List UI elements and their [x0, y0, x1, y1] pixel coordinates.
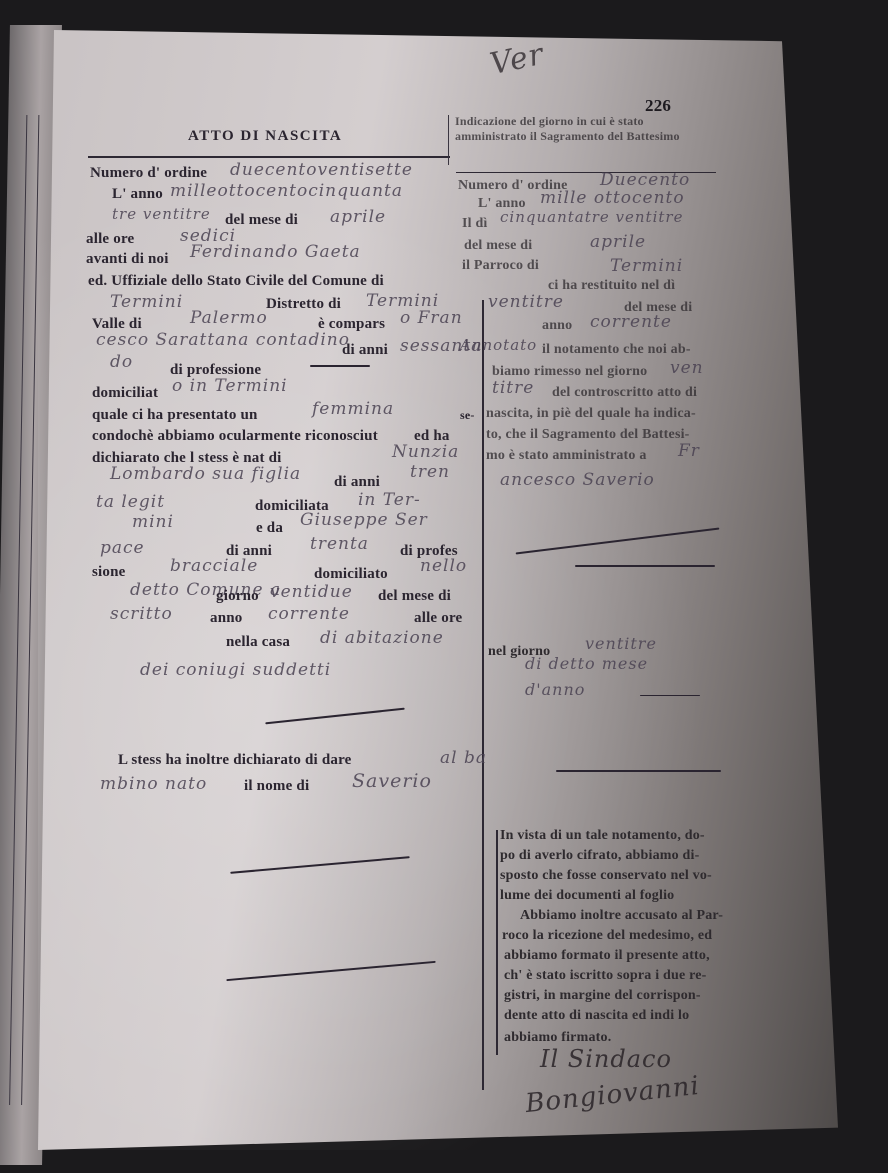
blank-stroke: [640, 695, 700, 696]
label-ufficiale-comune: ed. Uffiziale dello Stato Civile del Com…: [88, 273, 384, 290]
closing-line: roco la ricezione del medesimo, ed: [502, 928, 712, 944]
handwritten-nel-giorno-1: ventitre: [585, 634, 657, 653]
label-distretto: Distretto di: [266, 296, 341, 313]
label-notamento: il notamento che noi ab-: [542, 342, 691, 358]
label-sagramento: to, che il Sagramento del Battesi-: [486, 427, 690, 443]
label-di-anni: di anni: [342, 342, 388, 359]
closing-line: sposto che fosse conservato nel vo-: [500, 868, 712, 884]
handwritten-numero-ordine: duecentoventisette: [230, 160, 413, 180]
handwritten-domicilio-madre: in Ter-: [358, 490, 421, 510]
label-presentato: quale ci ha presentato un: [92, 407, 258, 424]
label-amministrato: mo è stato amministrato a: [486, 448, 647, 464]
label-e-da: e da: [256, 520, 283, 537]
label-nascita-piede: nascita, in piè del quale ha indica-: [486, 406, 696, 422]
handwritten-domicilio: o in Termini: [172, 376, 288, 396]
closing-line: In vista di un tale notamento, do-: [500, 828, 705, 844]
handwritten-comune: Termini: [110, 292, 183, 312]
label-alle-ore-nascita: alle ore: [414, 610, 462, 627]
title-rule: [88, 156, 450, 158]
closing-line: lume dei documenti al foglio: [500, 888, 674, 904]
closing-line: ch' è stato iscritto sopra i due re-: [504, 968, 707, 984]
handwritten-giorno-nascita: ventidue: [270, 582, 353, 602]
handwritten-madre-cognome: Lombardo sua figlia: [110, 464, 301, 484]
handwritten-casa-cont: dei coniugi suddetti: [140, 660, 331, 680]
label-restituito: ci ha restituito nel dì: [548, 278, 675, 294]
handwritten-anno-restituito: corrente: [590, 312, 672, 332]
handwritten-domicilio-padre: nello: [420, 556, 467, 576]
blank-stroke: [310, 365, 370, 367]
closing-line: abbiamo formato il presente atto,: [504, 948, 710, 964]
handwritten-nel-giorno-2: di detto mese: [525, 654, 648, 673]
handwritten-sesso: femmina: [312, 399, 394, 419]
handwritten-padre: Giuseppe Ser: [300, 510, 428, 530]
label-alle-ore: alle ore: [86, 231, 134, 248]
handwritten-domicilio-madre-cont: mini: [132, 512, 174, 532]
handwritten-madre: Nunzia: [392, 442, 459, 462]
handwritten-eta-padre: trenta: [310, 534, 369, 554]
handwritten-professione: do: [110, 352, 133, 372]
label-del-mese-di: del mese di: [378, 588, 451, 605]
closing-divider: [496, 830, 498, 1055]
handwritten-battezzato: Fr: [678, 441, 700, 461]
label-numero-ordine: Numero d' ordine: [90, 165, 207, 182]
label-avanti-di-noi: avanti di noi: [86, 251, 169, 268]
handwritten-mese: aprile: [330, 207, 386, 227]
handwritten-casa: di abitazione: [320, 628, 444, 648]
handwritten-nome: Saverio: [352, 770, 432, 792]
handwritten-professione-padre: bracciale: [170, 556, 258, 576]
handwritten-mese-battesimo: aprile: [590, 232, 646, 252]
handwritten-numero-battesimo: Duecento: [600, 170, 690, 190]
blank-stroke: [556, 770, 721, 772]
column-divider-top: [448, 115, 449, 165]
label-mese-battesimo: del mese di: [464, 238, 532, 254]
closing-line: po di averlo cifrato, abbiamo di-: [500, 848, 699, 864]
handwritten-mese-nascita: scritto: [110, 604, 173, 624]
handwritten-bambino: mbino nato: [100, 774, 207, 794]
document-title: ATTO DI NASCITA: [188, 128, 342, 145]
label-parroco: il Parroco di: [462, 258, 539, 274]
label-nella-casa: nella casa: [226, 634, 290, 651]
label-di-anni-madre: di anni: [334, 474, 380, 491]
signature-title: Il Sindaco: [540, 1045, 672, 1073]
label-giorno: giorno: [216, 588, 259, 605]
handwritten-anno-battesimo: mille ottocento: [540, 188, 685, 208]
handwritten-restituito-giorno: ventitre: [488, 292, 564, 312]
label-se: se-: [460, 408, 475, 423]
label-domiciliato-padre: domiciliato: [314, 566, 388, 583]
handwritten-comparso: o Fran: [400, 308, 463, 328]
handwritten-battezzato-cont: ancesco Saverio: [500, 470, 655, 490]
handwritten-valle: Palermo: [190, 308, 268, 328]
label-riconosciuto: condochè abbiamo ocularmente riconosciut: [92, 428, 378, 445]
label-controscritto: del controscritto atto di: [552, 385, 697, 401]
label-il-nome-di: il nome di: [244, 778, 309, 795]
closing-line: dente atto di nascita ed indi lo: [504, 1008, 689, 1024]
label-sione: sione: [92, 564, 126, 581]
column-divider: [482, 300, 484, 1090]
handwritten-dare: al ba: [440, 748, 487, 768]
handwritten-nel-giorno-3: d'anno: [525, 680, 585, 699]
page-number: 226: [645, 96, 671, 116]
label-anno: L' anno: [112, 186, 163, 203]
handwritten-rimesso: ven: [670, 358, 704, 378]
label-domiciliato: domiciliat: [92, 385, 158, 402]
label-dichiarato-dare: L stess ha inoltre dichiarato di dare: [118, 752, 352, 769]
closing-line: gistri, in margine del corrispon-: [504, 988, 701, 1004]
handwritten-anno: milleottocentocinquanta: [170, 181, 403, 201]
closing-line: Abbiamo inoltre accusato al Par-: [520, 908, 723, 924]
handwritten-anno-nascita: corrente: [268, 604, 350, 624]
handwritten-parroco: Termini: [610, 256, 683, 276]
label-anno-nascita: anno: [210, 610, 243, 627]
handwritten-eta-madre: tren: [410, 462, 450, 482]
blank-stroke: [575, 565, 715, 567]
handwritten-annotato: Annotato: [460, 336, 537, 354]
handwritten-giorno: tre ventitre: [112, 205, 211, 223]
closing-line: abbiamo firmato.: [504, 1030, 611, 1046]
handwritten-di-battesimo: cinquantatre ventitre: [500, 208, 683, 226]
handwritten-padre-cognome: pace: [100, 538, 145, 558]
handwritten-stato-madre: ta legit: [96, 492, 165, 512]
right-column-header: Indicazione del giorno in cui è stato am…: [455, 114, 705, 144]
handwritten-dichiarante: cesco Sarattana contadino: [96, 330, 350, 350]
label-anno-restituito: anno: [542, 318, 572, 334]
handwritten-rimesso-cont: titre: [492, 378, 534, 398]
handwritten-ufficiale: Ferdinando Gaeta: [190, 242, 361, 262]
label-il-di: Il dì: [462, 216, 488, 232]
